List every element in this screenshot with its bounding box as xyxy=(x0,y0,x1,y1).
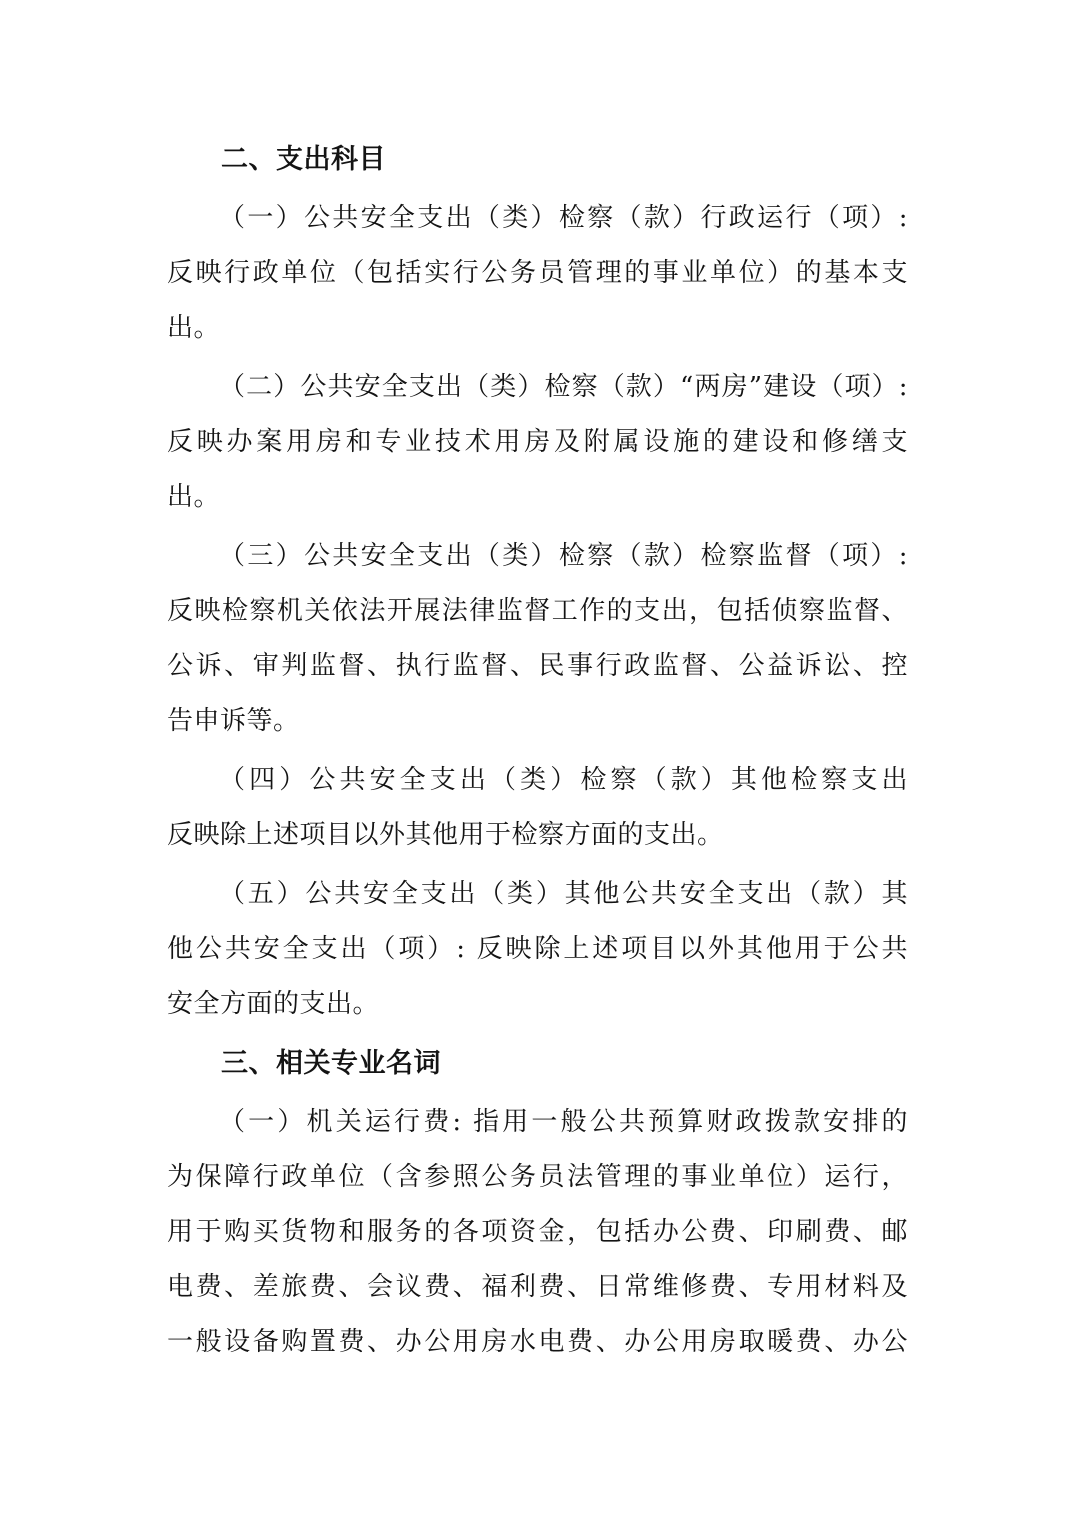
text-line: （三）公共安全支出（类）检察（款）检察监督（项）: xyxy=(167,529,908,584)
paragraph-block: （二）公共安全支出（类）检察（款）“两房”建设（项）:反映办案用房和专业技术用房… xyxy=(167,360,908,525)
section-heading-block: 三、相关专业名词 xyxy=(167,1036,908,1091)
document-page: 二、支出科目（一）公共安全支出（类）检察（款）行政运行（项）:反映行政单位（包括… xyxy=(0,0,1074,1520)
text-line: 反映除上述项目以外其他用于检察方面的支出。 xyxy=(167,808,908,863)
text-line: 告申诉等。 xyxy=(167,694,908,749)
paragraph-block: （三）公共安全支出（类）检察（款）检察监督（项）:反映检察机关依法开展法律监督工… xyxy=(167,529,908,749)
text-line: （二）公共安全支出（类）检察（款）“两房”建设（项）: xyxy=(167,360,908,415)
text-line: 为保障行政单位（含参照公务员法管理的事业单位）运行， xyxy=(167,1150,908,1205)
text-line: （一）机关运行费: 指用一般公共预算财政拨款安排的 xyxy=(167,1095,908,1150)
text-line: 公诉、审判监督、执行监督、民事行政监督、公益诉讼、控 xyxy=(167,639,908,694)
text-line: 他公共安全支出（项）: 反映除上述项目以外其他用于公共 xyxy=(167,922,908,977)
section-heading: 三、相关专业名词 xyxy=(167,1036,908,1091)
paragraph-block: （一）机关运行费: 指用一般公共预算财政拨款安排的为保障行政单位（含参照公务员法… xyxy=(167,1095,908,1370)
text-line: 出。 xyxy=(167,301,908,356)
text-line: 反映办案用房和专业技术用房及附属设施的建设和修缮支 xyxy=(167,415,908,470)
text-line: （五）公共安全支出（类）其他公共安全支出（款）其 xyxy=(167,867,908,922)
text-line: 电费、差旅费、会议费、福利费、日常维修费、专用材料及 xyxy=(167,1260,908,1315)
text-line: （一）公共安全支出（类）检察（款）行政运行（项）: xyxy=(167,191,908,246)
text-line: 安全方面的支出。 xyxy=(167,977,908,1032)
section-heading: 二、支出科目 xyxy=(167,132,908,187)
text-line: 出。 xyxy=(167,470,908,525)
paragraph-block: （五）公共安全支出（类）其他公共安全支出（款）其他公共安全支出（项）: 反映除上… xyxy=(167,867,908,1032)
text-line: （四）公共安全支出（类）检察（款）其他检察支出（项）: xyxy=(167,753,908,808)
section-heading-block: 二、支出科目 xyxy=(167,132,908,187)
paragraph-block: （四）公共安全支出（类）检察（款）其他检察支出（项）:反映除上述项目以外其他用于… xyxy=(167,753,908,863)
text-line: 一般设备购置费、办公用房水电费、办公用房取暖费、办公 xyxy=(167,1315,908,1370)
text-line: 反映检察机关依法开展法律监督工作的支出，包括侦察监督、 xyxy=(167,584,908,639)
text-line: 用于购买货物和服务的各项资金，包括办公费、印刷费、邮 xyxy=(167,1205,908,1260)
paragraph-block: （一）公共安全支出（类）检察（款）行政运行（项）:反映行政单位（包括实行公务员管… xyxy=(167,191,908,356)
document-body: 二、支出科目（一）公共安全支出（类）检察（款）行政运行（项）:反映行政单位（包括… xyxy=(167,132,908,1370)
text-line: 反映行政单位（包括实行公务员管理的事业单位）的基本支 xyxy=(167,246,908,301)
